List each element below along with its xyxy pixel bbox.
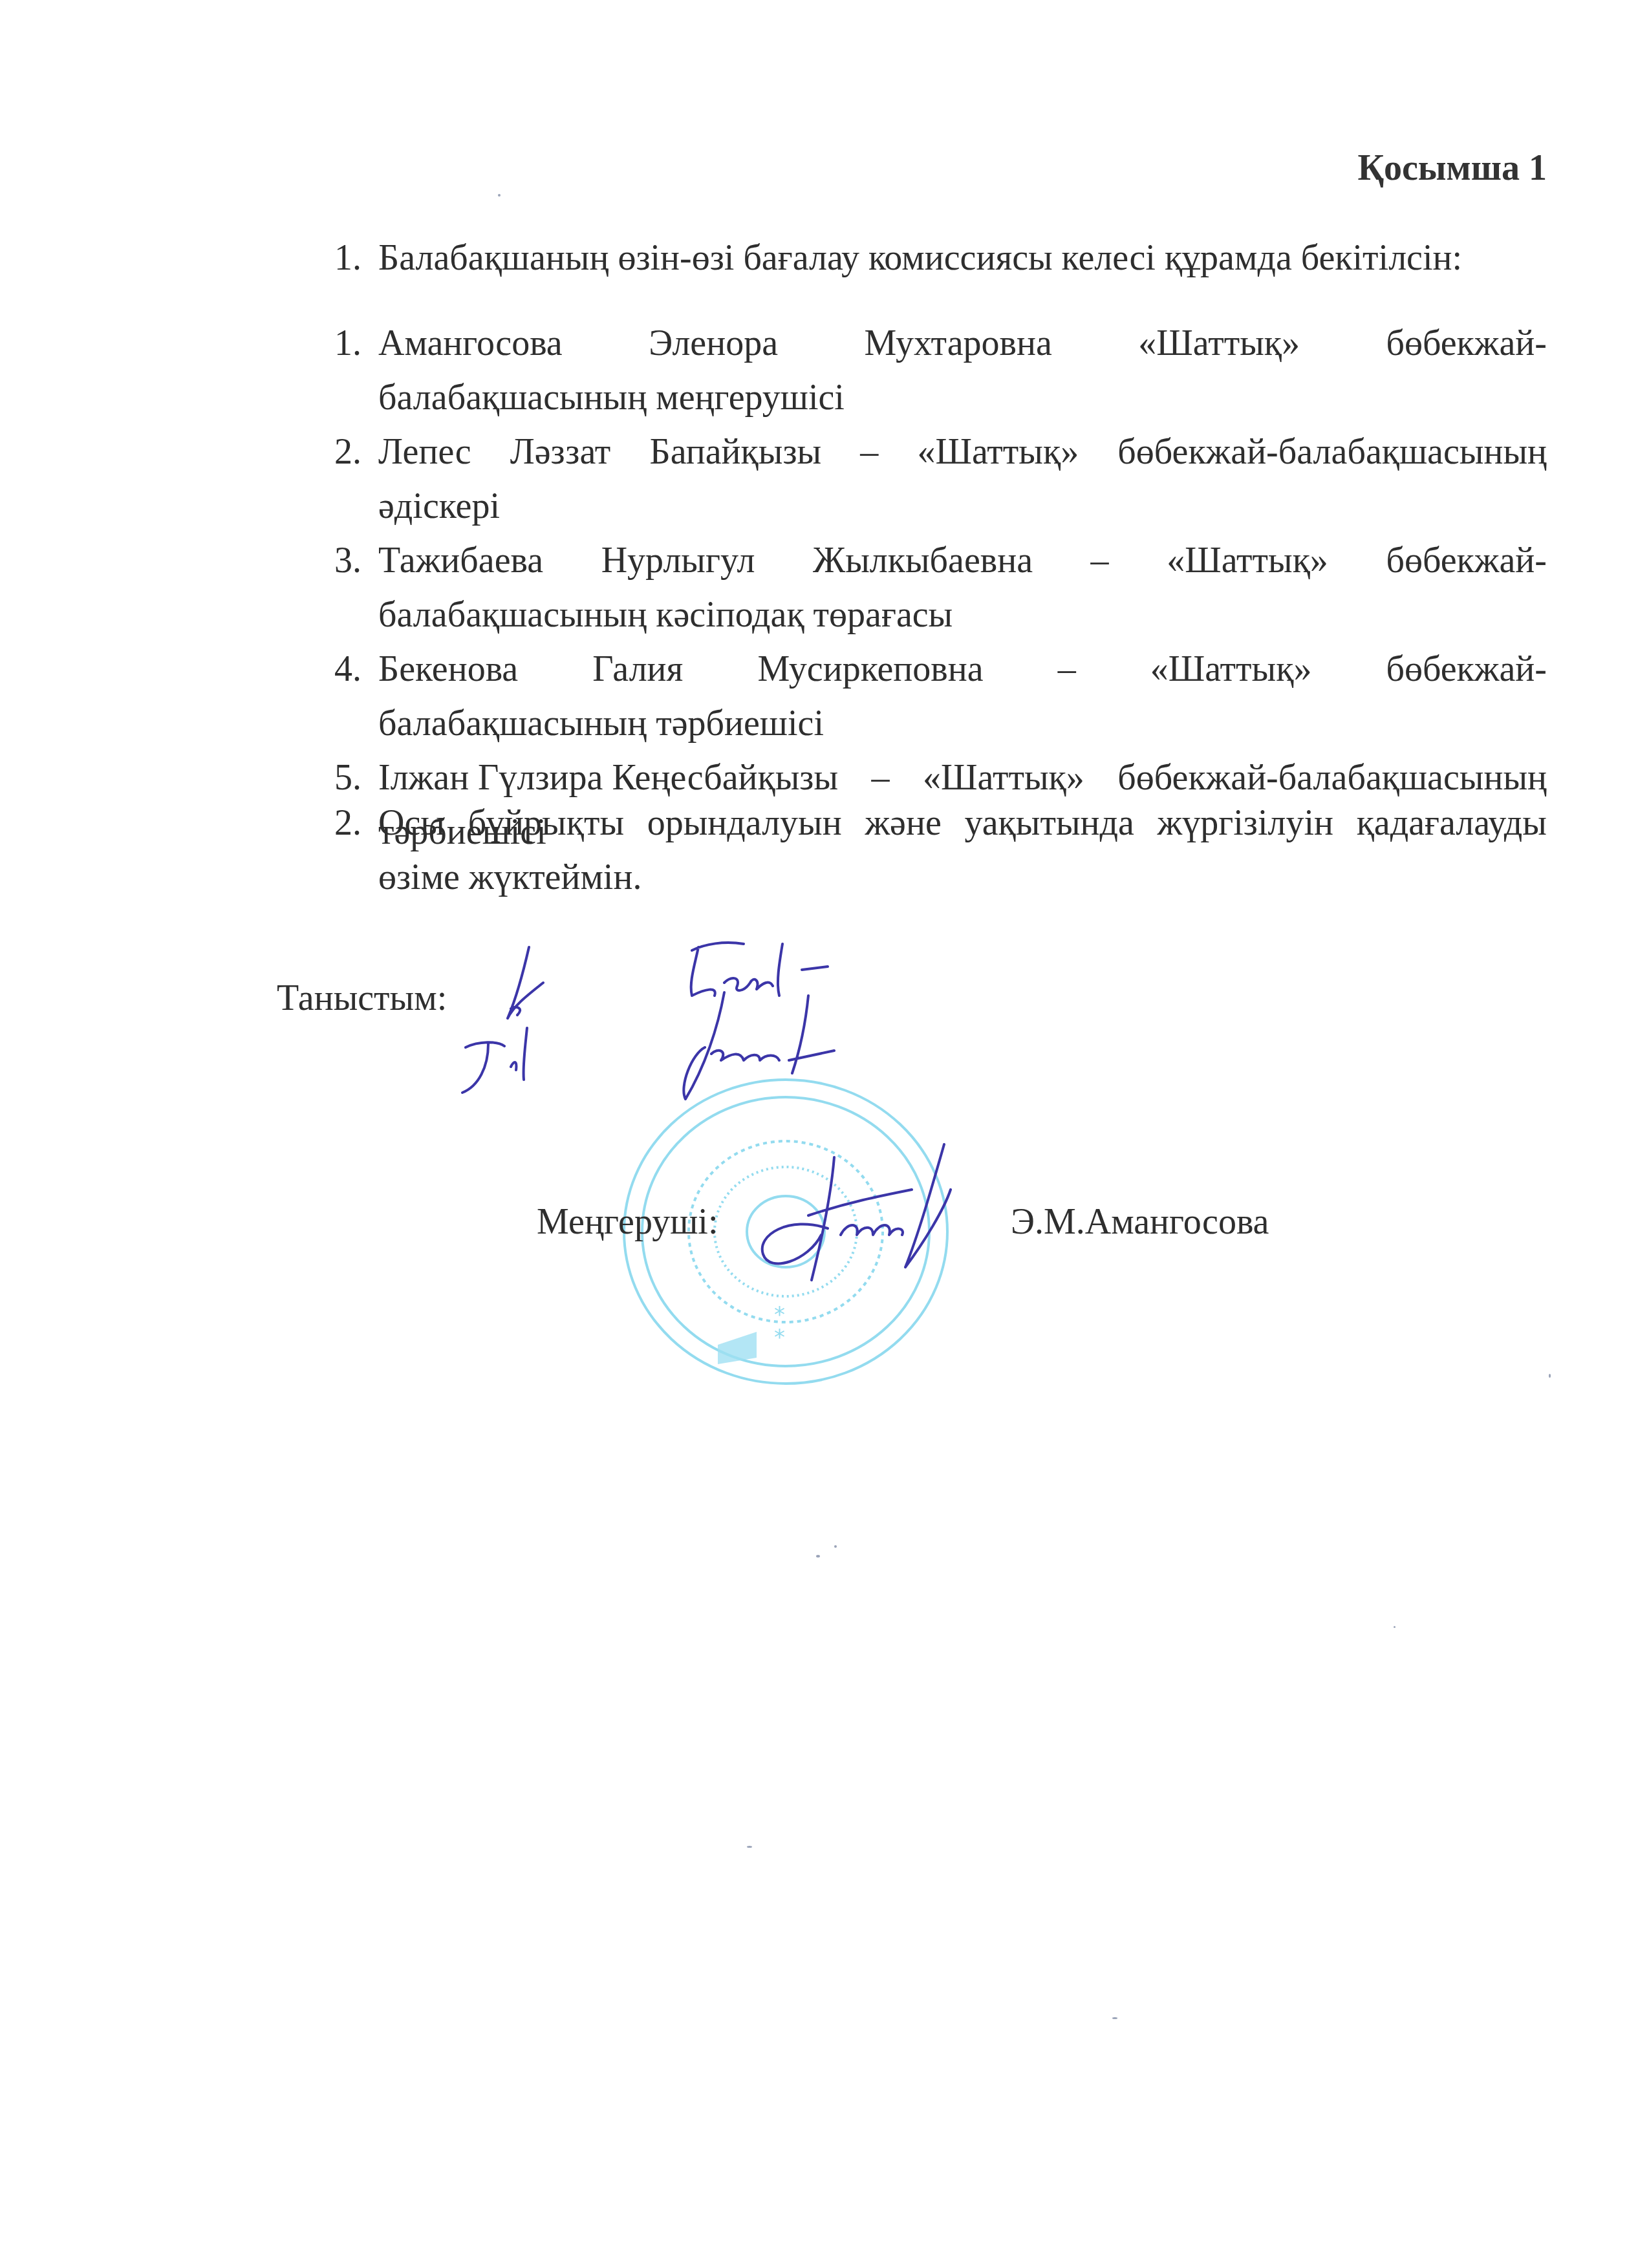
word: орындалуын: [647, 803, 842, 843]
member-line1: Лепес Ләззат Бапайқызы – «Шаттық» бөбекж…: [378, 432, 1547, 472]
member-number: 1.: [334, 323, 378, 432]
word: Мусиркеповна: [757, 649, 983, 689]
word: «Шаттық»: [917, 432, 1079, 472]
svg-text:*: *: [774, 1302, 785, 1328]
word: бөбекжай-: [1386, 323, 1546, 363]
member-line1: Бекенова Галия Мусиркеповна – «Шаттық» б…: [378, 649, 1547, 689]
word: Бапайқызы: [649, 432, 821, 472]
head-signature-icon: [750, 1138, 964, 1287]
section-2-line1: Осы бұйрықты орындалуын және уақытында ж…: [378, 803, 1547, 843]
member-item: 4. Бекенова Галия Мусиркеповна – «Шаттық…: [334, 649, 1547, 758]
member-number: 3.: [334, 540, 378, 649]
word: жүргізілуін: [1158, 803, 1333, 843]
word: Лепес: [378, 432, 471, 472]
scan-speck: [498, 194, 501, 197]
appendix-title: Қосымша 1: [1357, 147, 1547, 189]
member-item: 2. Лепес Ләззат Бапайқызы – «Шаттық» бөб…: [334, 432, 1547, 540]
word: уақытында: [964, 803, 1134, 843]
word: Осы: [378, 803, 445, 843]
word: бөбекжай-: [1386, 540, 1546, 581]
scan-speck: [1394, 1626, 1396, 1628]
word: Мухтаровна: [865, 323, 1052, 363]
member-number: 4.: [334, 649, 378, 758]
word: бөбекжай-балабақшасының: [1117, 432, 1547, 472]
word: Ләззат: [510, 432, 611, 472]
member-line1: Амангосова Эленора Мухтаровна «Шаттық» б…: [378, 323, 1547, 363]
word: –: [872, 758, 890, 798]
member-line1: Тажибаева Нурлыгул Жылкыбаевна – «Шаттық…: [378, 540, 1547, 581]
scan-speck: [747, 1846, 752, 1848]
word: –: [860, 432, 878, 472]
section-1-text: Балабақшаның өзін-өзі бағалау комиссиясы…: [378, 238, 1547, 278]
scan-speck: [834, 1545, 837, 1548]
member-line2: әдіскері: [378, 486, 1547, 526]
section-2-line2: өзіме жүктеймін.: [378, 857, 1547, 897]
signature-3-icon: [453, 1015, 569, 1106]
word: «Шаттық»: [1150, 649, 1312, 689]
scan-speck: [1549, 1374, 1551, 1378]
word: «Шаттық»: [1167, 540, 1328, 581]
head-label: Меңгеруші:: [537, 1201, 718, 1243]
section-2-number: 2.: [334, 803, 378, 897]
section-2: 2. Осы бұйрықты орындалуын және уақытынд…: [334, 803, 1547, 897]
member-line1: Ілжан Гүлзира Кеңесбайқызы – «Шаттық» бө…: [378, 758, 1547, 798]
svg-text:*: *: [774, 1325, 785, 1351]
word: бұйрықты: [468, 803, 624, 843]
section-1: 1. Балабақшаның өзін-өзі бағалау комисси…: [334, 238, 1547, 278]
word: Бекенова: [378, 649, 518, 689]
word: –: [1091, 540, 1109, 581]
word: және: [865, 803, 941, 843]
acquainted-label: Таныстым:: [277, 978, 447, 1019]
member-line2: балабақшасының кәсіподақ төрағасы: [378, 595, 1547, 635]
word: Жылкыбаевна: [813, 540, 1033, 581]
member-item: 3. Тажибаева Нурлыгул Жылкыбаевна – «Шат…: [334, 540, 1547, 649]
word: –: [1058, 649, 1076, 689]
word: бөбекжай-балабақшасының: [1117, 758, 1547, 798]
scan-speck: [1112, 2017, 1117, 2019]
member-line2: балабақшасының меңгерушісі: [378, 378, 1547, 418]
member-item: 1. Амангосова Эленора Мухтаровна «Шаттық…: [334, 323, 1547, 432]
word: «Шаттық»: [1138, 323, 1300, 363]
member-number: 2.: [334, 432, 378, 540]
word: Амангосова: [378, 323, 563, 363]
word: Тажибаева: [378, 540, 543, 581]
member-line2: балабақшасының тәрбиешісі: [378, 703, 1547, 744]
word: «Шаттық»: [923, 758, 1084, 798]
word: Ілжан Гүлзира Кеңесбайқызы: [378, 758, 838, 798]
scan-speck: [816, 1555, 820, 1557]
head-name: Э.М.Амангосова: [1011, 1201, 1269, 1243]
word: Эленора: [649, 323, 778, 363]
word: қадағалауды: [1357, 803, 1547, 843]
word: Галия: [592, 649, 683, 689]
document-page: Қосымша 1 1. Балабақшаның өзін-өзі бағал…: [0, 0, 1649, 2268]
commission-members-list: 1. Амангосова Эленора Мухтаровна «Шаттық…: [334, 323, 1547, 866]
section-1-number: 1.: [334, 238, 378, 278]
word: бөбекжай-: [1386, 649, 1547, 689]
word: Нурлыгул: [601, 540, 755, 581]
